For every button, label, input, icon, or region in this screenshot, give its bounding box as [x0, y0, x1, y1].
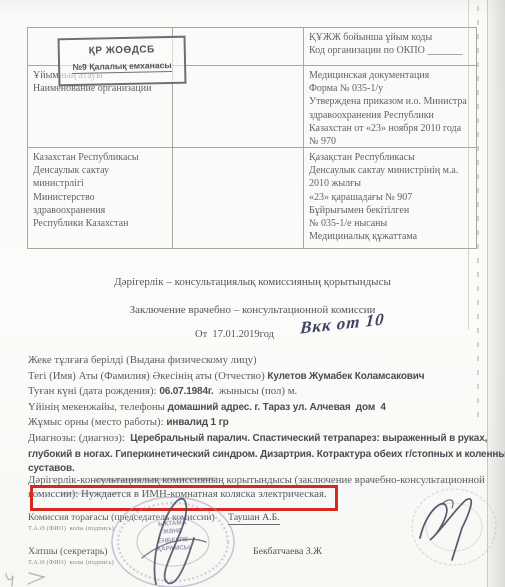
work-label: Жұмыс орны (место работы):: [28, 416, 166, 428]
secretary-sub-note: Т.А.Ә (ФИО) колы (подпись): [28, 559, 114, 566]
clinic-rect-stamp: ҚР ЖОӨДСБ №9 Қалалық емханасы: [58, 36, 187, 87]
birth-label: Туған күні (дата рождения):: [28, 385, 159, 397]
birth-date-value: 06.07.1984г.: [159, 386, 213, 397]
address-value: домашний адрес. г. Тараз ул. Алчевая дом…: [168, 402, 386, 413]
secretary-signature: [130, 480, 220, 587]
birth-line: Туған күні (дата рождения): 06.07.1984г.…: [28, 384, 493, 400]
name-label: Тегі (Имя) Аты (Фамилия) Әкесінің аты (О…: [28, 370, 267, 382]
patient-name-value: Кулетов Жумабек Коламсакович: [267, 371, 424, 382]
table-cell-approval-kk: Қазақстан Республикасы Денсаулык сактау …: [304, 148, 476, 248]
address-label: Үйінің мекенжайы, телефоны: [28, 401, 168, 413]
stamp-org-abbrev: ҚР ЖОӨДСБ: [60, 44, 184, 58]
table-cell-ministry-kk: Казахстан Республикасы Денсаулык сактау …: [28, 148, 173, 248]
secretary-label: Хатшы (секретарь): [28, 546, 108, 557]
table-cell-r3c2: [173, 148, 304, 248]
date-line: От 17.01.2019год: [195, 329, 274, 340]
issued-to-line: Жеке тұлғаға берілді (Выдана физическому…: [28, 353, 493, 369]
table-cell-okpo-code: ҚҰЖЖ бойынша ұйым коды Код организации п…: [304, 28, 476, 66]
document-title-kk: Дәрігерлік – консультациялық комиссияның…: [0, 276, 505, 288]
chair-signature: [412, 490, 492, 570]
diagnosis-value-1: Церебральный паралич. Спастический тетра…: [130, 433, 487, 444]
scanned-document-page: ҚҰЖЖ бойынша ұйым коды Код организации п…: [0, 0, 505, 587]
secretary-name: Бекбатчаева З.Ж: [253, 546, 322, 557]
sex-label: жынысы (пол): [214, 385, 288, 397]
stamp-clinic-name: №9 Қалалық емханасы: [72, 60, 171, 74]
sex-value: м.: [288, 385, 298, 397]
table-cell-form-info: Медицинская документация Форма № 035-1/у…: [304, 66, 476, 148]
pencil-marks: [2, 570, 52, 587]
patient-name-line: Тегі (Имя) Аты (Фамилия) Әкесінің аты (О…: [28, 369, 493, 385]
document-title-ru: Заключение врачебно – консультационной к…: [0, 304, 505, 316]
work-value: инвалид 1 гр: [166, 417, 228, 428]
diagnosis-line-2: глубокий в ногах. Гиперкинетический синд…: [28, 447, 493, 463]
table-cell-r2c2: [173, 66, 304, 148]
chair-sub-note: Т.А.Ә (ФИО) колы (подпись): [28, 525, 114, 532]
work-line: Жұмыс орны (место работы): инвалид 1 гр: [28, 415, 493, 431]
diagnosis-value-3: суставов.: [28, 463, 75, 474]
address-line: Үйінің мекенжайы, телефоны домашний адре…: [28, 400, 493, 416]
table-cell-r1c2: [173, 28, 304, 66]
diagnosis-line-1: Диагнозы: (диагноз): Церебральный парали…: [28, 431, 493, 447]
diagnosis-label: Диагнозы: (диагноз):: [28, 432, 130, 444]
diagnosis-value-2: глубокий в ногах. Гиперкинетический синд…: [28, 449, 505, 460]
diagnosis-line-3: суставов.: [28, 462, 493, 474]
